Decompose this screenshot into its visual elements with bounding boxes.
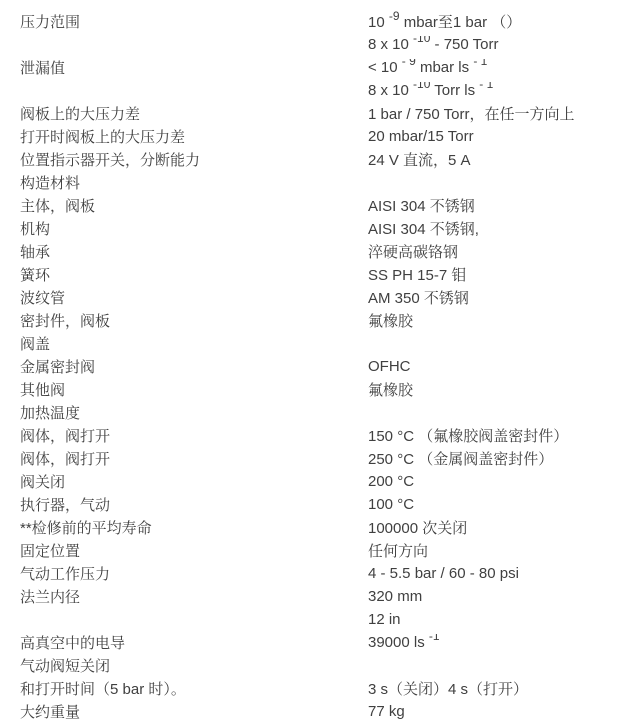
spec-label: 高真空中的电导 bbox=[20, 632, 368, 653]
spec-value: AM 350 不锈钢 bbox=[368, 287, 637, 308]
spec-label: 阀体，阀打开 bbox=[20, 448, 368, 469]
spec-row: 泄漏值 < 10 - 9 mbar ls - 1 bbox=[20, 56, 637, 79]
spec-value: SS PH 15-7 钼 bbox=[368, 264, 637, 285]
spec-row: 其他阀 氟橡胶 bbox=[20, 378, 637, 401]
spec-row: 大约重量 77 kg bbox=[20, 700, 637, 723]
spec-label: 和打开时间（5 bar 时）。 bbox=[20, 678, 368, 699]
spec-value: 4 - 5.5 bar / 60 - 80 psi bbox=[368, 565, 637, 582]
spec-value: 淬硬高碳铬钢 bbox=[368, 241, 637, 262]
spec-row: 主体，阀板 AISI 304 不锈钢 bbox=[20, 194, 637, 217]
spec-label: 大约重量 bbox=[20, 701, 368, 722]
spec-value: 氟橡胶 bbox=[368, 310, 637, 331]
spec-row: 波纹管 AM 350 不锈钢 bbox=[20, 286, 637, 309]
spec-label: 固定位置 bbox=[20, 540, 368, 561]
spec-table: 压力范围 10 -9 mbar至1 bar （） 8 x 10 -10 - 75… bbox=[0, 0, 637, 723]
spec-row: 阀板上的大压力差 1 bar / 750 Torr，在任一方向上 bbox=[20, 102, 637, 125]
spec-row: 12 in bbox=[20, 608, 637, 631]
spec-sheet: 压力范围 10 -9 mbar至1 bar （） 8 x 10 -10 - 75… bbox=[0, 0, 637, 728]
spec-value: 12 in bbox=[368, 611, 637, 628]
spec-value: 3 s（关闭）4 s（打开） bbox=[368, 678, 637, 699]
spec-label: 加热温度 bbox=[20, 402, 368, 423]
spec-label: 其他阀 bbox=[20, 379, 368, 400]
spec-value: 77 kg bbox=[368, 703, 637, 720]
spec-label: 气动工作压力 bbox=[20, 563, 368, 584]
spec-label: 主体，阀板 bbox=[20, 195, 368, 216]
spec-row: 高真空中的电导 39000 ls -1 bbox=[20, 631, 637, 654]
spec-value: 100 °C bbox=[368, 496, 637, 513]
spec-row: 8 x 10 -10 - 750 Torr bbox=[20, 33, 637, 56]
spec-label: 密封件，阀板 bbox=[20, 310, 368, 331]
spec-row: 阀关闭 200 °C bbox=[20, 470, 637, 493]
spec-row: 阀体，阀打开 250 °C （金属阀盖密封件） bbox=[20, 447, 637, 470]
spec-label: 打开时阀板上的大压力差 bbox=[20, 126, 368, 147]
spec-row: 压力范围 10 -9 mbar至1 bar （） bbox=[20, 10, 637, 33]
spec-value: 1 bar / 750 Torr，在任一方向上 bbox=[368, 103, 637, 124]
spec-value: 8 x 10 -10 Torr ls - 1 bbox=[368, 82, 637, 99]
spec-value: 320 mm bbox=[368, 588, 637, 605]
spec-value: 200 °C bbox=[368, 473, 637, 490]
spec-label: **检修前的平均寿命 bbox=[20, 517, 368, 538]
spec-row: **检修前的平均寿命 100000 次关闭 bbox=[20, 516, 637, 539]
spec-value: 8 x 10 -10 - 750 Torr bbox=[368, 36, 637, 53]
spec-row: 固定位置 任何方向 bbox=[20, 539, 637, 562]
spec-row: 轴承 淬硬高碳铬钢 bbox=[20, 240, 637, 263]
spec-row: 金属密封阀 OFHC bbox=[20, 355, 637, 378]
spec-row: 气动阀短关闭 bbox=[20, 654, 637, 677]
spec-row: 簧环 SS PH 15-7 钼 bbox=[20, 263, 637, 286]
spec-label: 气动阀短关闭 bbox=[20, 655, 368, 676]
spec-label: 泄漏值 bbox=[20, 57, 368, 78]
spec-value: 24 V 直流，5 A bbox=[368, 149, 637, 170]
spec-label: 阀板上的大压力差 bbox=[20, 103, 368, 124]
spec-row: 阀盖 bbox=[20, 332, 637, 355]
spec-row: 位置指示器开关，分断能力 24 V 直流，5 A bbox=[20, 148, 637, 171]
spec-value: 20 mbar/15 Torr bbox=[368, 128, 637, 145]
spec-row: 构造材料 bbox=[20, 171, 637, 194]
spec-row: 气动工作压力 4 - 5.5 bar / 60 - 80 psi bbox=[20, 562, 637, 585]
spec-row: 机构 AISI 304 不锈钢, bbox=[20, 217, 637, 240]
spec-value: 150 °C （氟橡胶阀盖密封件） bbox=[368, 425, 637, 446]
spec-value: OFHC bbox=[368, 358, 637, 375]
spec-label: 阀关闭 bbox=[20, 471, 368, 492]
spec-value: AISI 304 不锈钢, bbox=[368, 218, 637, 239]
spec-value: < 10 - 9 mbar ls - 1 bbox=[368, 59, 637, 76]
spec-value: 39000 ls -1 bbox=[368, 634, 637, 651]
spec-value: AISI 304 不锈钢 bbox=[368, 195, 637, 216]
spec-label: 执行器，气动 bbox=[20, 494, 368, 515]
spec-value: 10 -9 mbar至1 bar （） bbox=[368, 11, 637, 32]
spec-label: 法兰内径 bbox=[20, 586, 368, 607]
spec-value: 氟橡胶 bbox=[368, 379, 637, 400]
spec-label: 波纹管 bbox=[20, 287, 368, 308]
spec-row: 执行器，气动 100 °C bbox=[20, 493, 637, 516]
spec-label: 簧环 bbox=[20, 264, 368, 285]
spec-value: 250 °C （金属阀盖密封件） bbox=[368, 448, 637, 469]
spec-row: 阀体，阀打开 150 °C （氟橡胶阀盖密封件） bbox=[20, 424, 637, 447]
spec-label: 压力范围 bbox=[20, 11, 368, 32]
spec-label: 阀体，阀打开 bbox=[20, 425, 368, 446]
spec-value: 100000 次关闭 bbox=[368, 517, 637, 538]
spec-row: 和打开时间（5 bar 时）。 3 s（关闭）4 s（打开） bbox=[20, 677, 637, 700]
spec-label: 轴承 bbox=[20, 241, 368, 262]
spec-label: 位置指示器开关，分断能力 bbox=[20, 149, 368, 170]
spec-row: 法兰内径 320 mm bbox=[20, 585, 637, 608]
spec-row: 加热温度 bbox=[20, 401, 637, 424]
spec-label: 机构 bbox=[20, 218, 368, 239]
spec-row: 密封件，阀板 氟橡胶 bbox=[20, 309, 637, 332]
spec-label: 阀盖 bbox=[20, 333, 368, 354]
spec-label: 构造材料 bbox=[20, 172, 368, 193]
spec-value: 任何方向 bbox=[368, 540, 637, 561]
spec-row: 8 x 10 -10 Torr ls - 1 bbox=[20, 79, 637, 102]
spec-row: 打开时阀板上的大压力差 20 mbar/15 Torr bbox=[20, 125, 637, 148]
spec-label: 金属密封阀 bbox=[20, 356, 368, 377]
